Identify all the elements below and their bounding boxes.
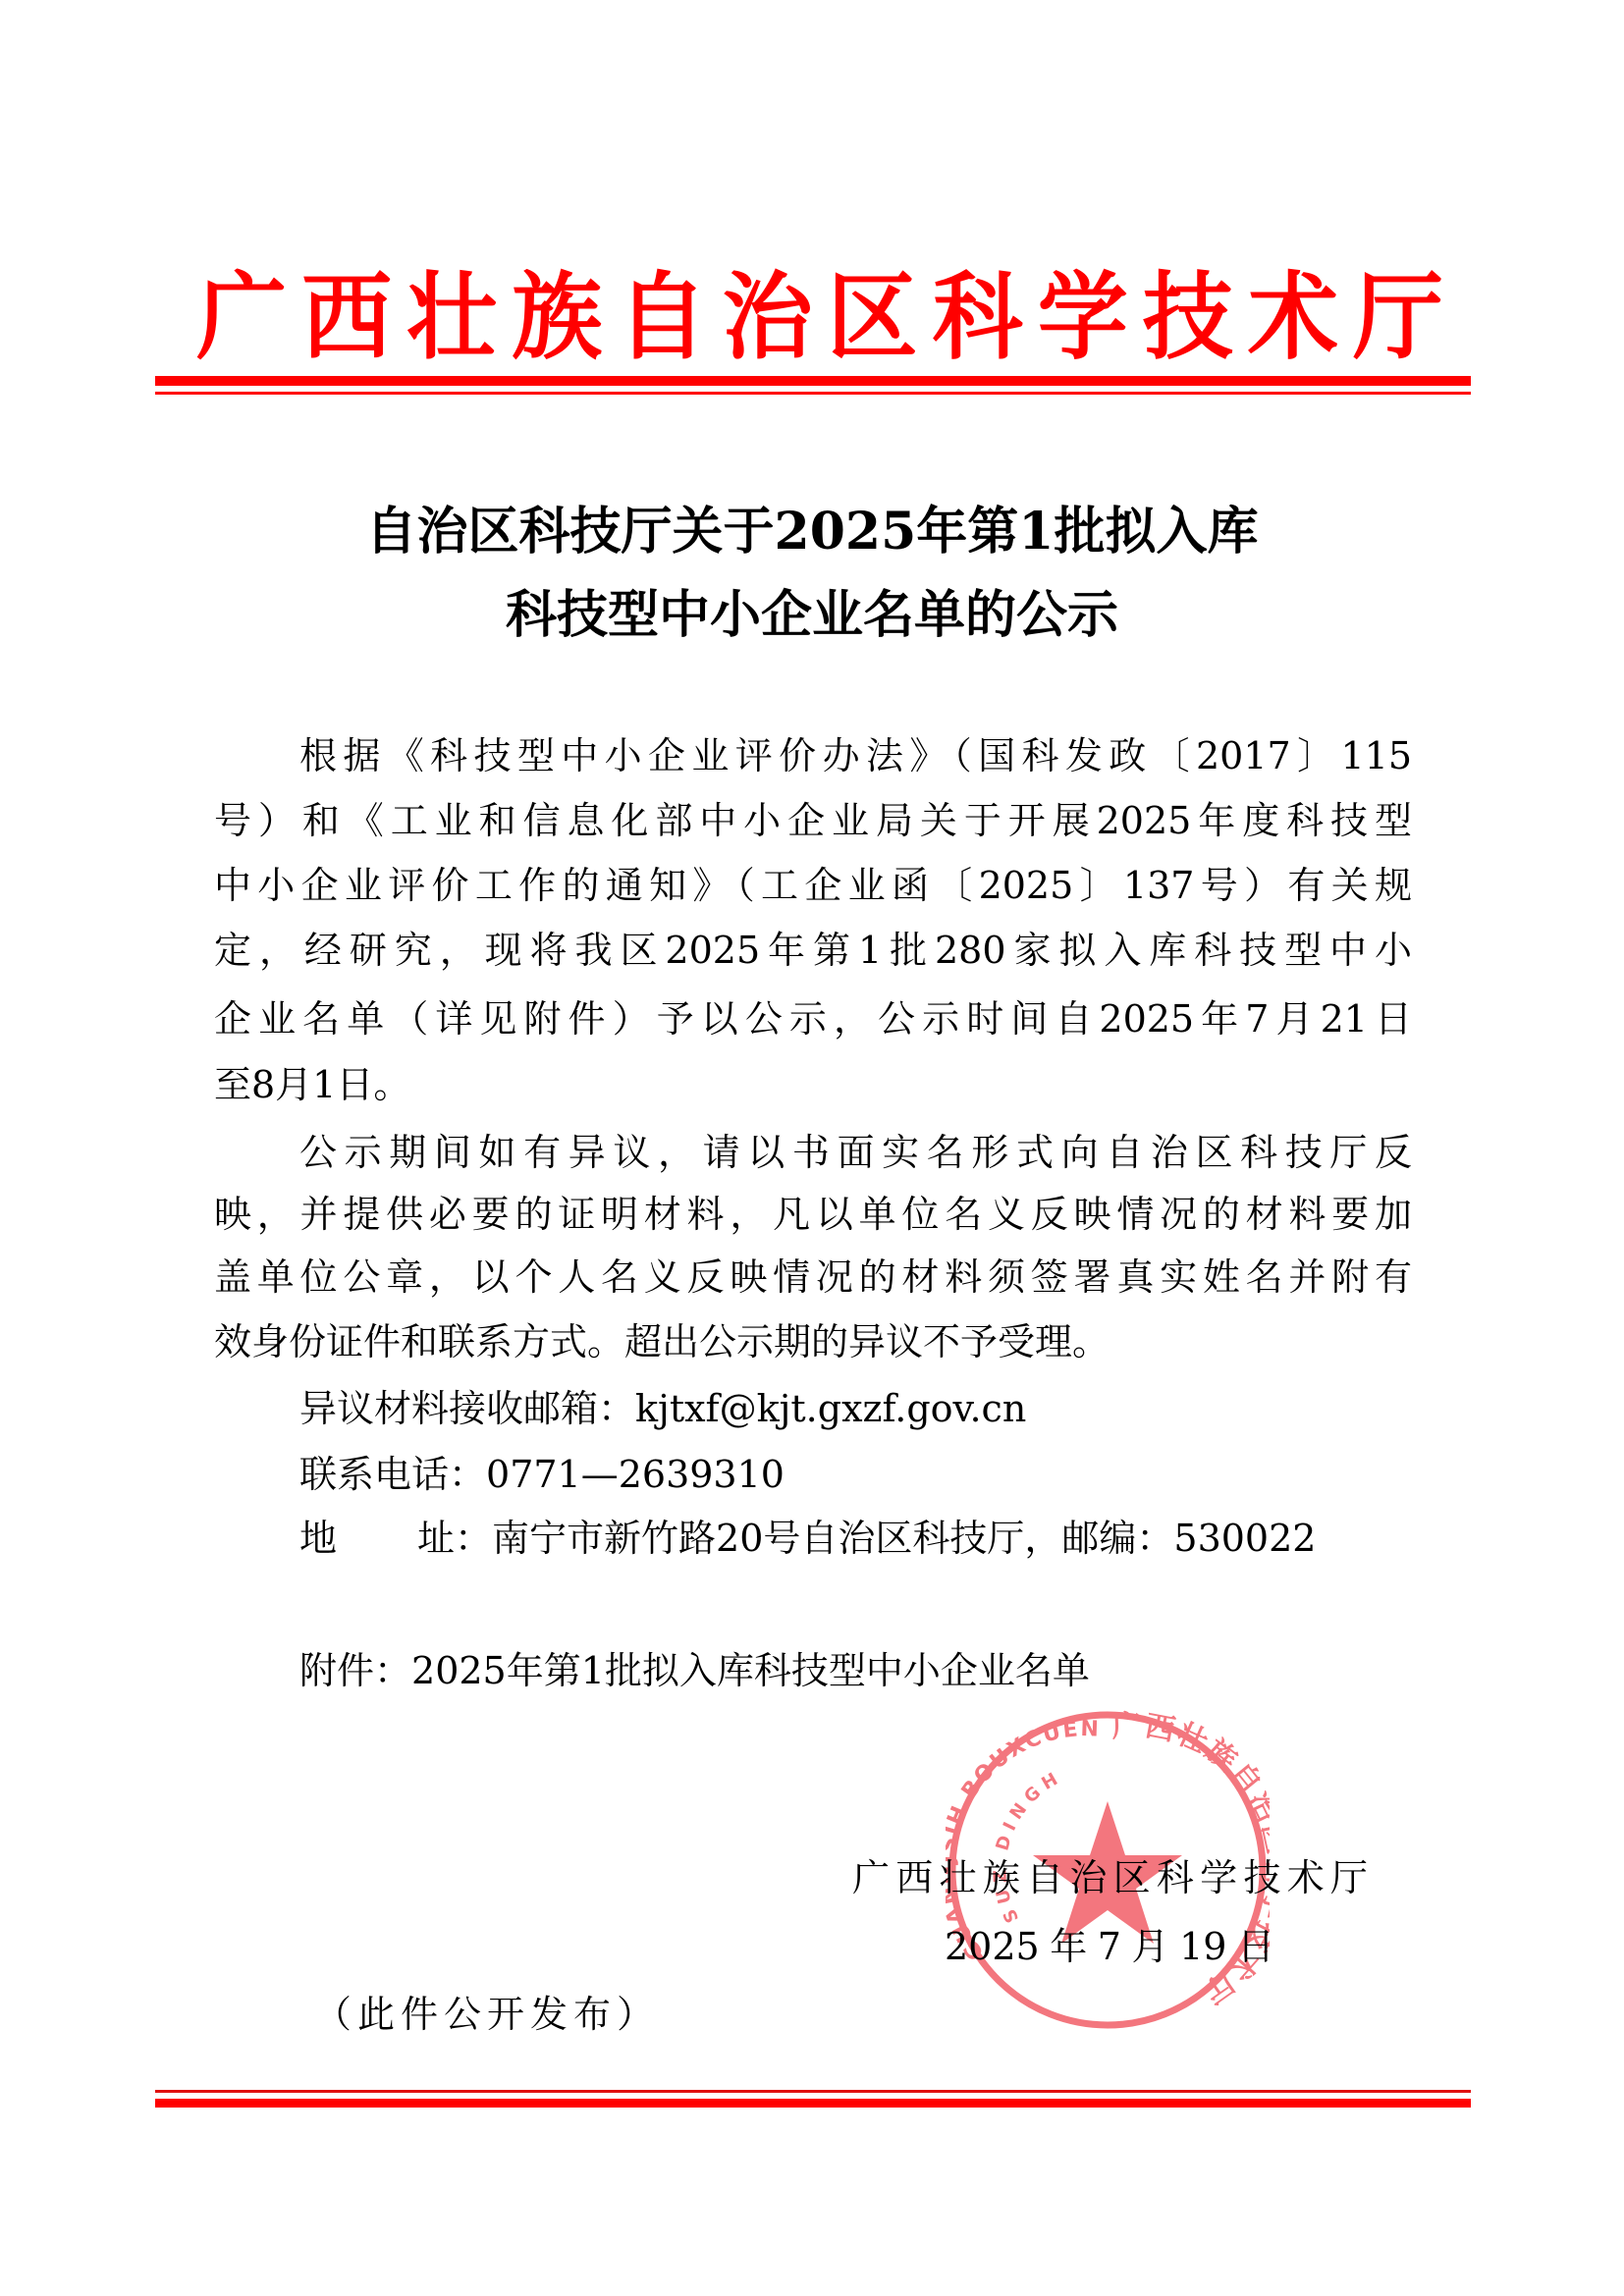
contact-email-line: 异议材料接收邮箱：kjtxf@kjt.gxzf.gov.cn [299, 1384, 1026, 1433]
phone-label: 联系电话： [299, 1453, 486, 1496]
email-link[interactable]: kjtxf@kjt.gxzf.gov.cn [635, 1387, 1026, 1430]
paragraph-1-line: 中小企业评价工作的通知》（工企业函〔2025〕137号）有关规 [214, 861, 1412, 910]
paragraph-2-line: 盖单位公章，以个人名义反映情况的材料须签署真实姓名并附有 [214, 1253, 1412, 1302]
footer-rule-thin [155, 2090, 1471, 2093]
public-release-note: （此件公开发布） [314, 1990, 660, 2039]
paragraph-1-line: 至8月1日。 [214, 1060, 1412, 1109]
paragraph-1-line: 企业名单（详见附件）予以公示，公示时间自2025年7月21日 [214, 994, 1412, 1043]
attachment-label: 附件： [299, 1649, 411, 1692]
email-label: 异议材料接收邮箱： [299, 1387, 635, 1430]
paragraph-1-line: 定，经研究，现将我区2025年第1批280家拟入库科技型中小 [214, 926, 1412, 975]
paragraph-1-line: 号）和《工业和信息化部中小企业局关于开展2025年度科技型 [214, 796, 1412, 845]
paragraph-2-line: 效身份证件和联系方式。超出公示期的异议不予受理。 [214, 1317, 1412, 1366]
address-value: 南宁市新竹路20号自治区科技厅，邮编：530022 [492, 1517, 1316, 1560]
letterhead-org-name: 广西壮族自治区科学技术厅 [196, 260, 1443, 374]
signature-org: 广西壮族自治区科学技术厅 [852, 1853, 1368, 1902]
document-title-line-1: 自治区科技厅关于2025年第1批拟入库 [0, 501, 1624, 563]
footer-rule-thick [155, 2099, 1471, 2108]
phone-number: 0771—2639310 [486, 1453, 785, 1496]
paragraph-1-line: 根据《科技型中小企业评价办法》（国科发政〔2017〕115 [299, 731, 1412, 780]
contact-address-line: 地址：南宁市新竹路20号自治区科技厅，邮编：530022 [299, 1514, 1316, 1563]
attachment-line: 附件：2025年第1批拟入库科技型中小企业名单 [299, 1646, 1090, 1695]
letterhead-rule-thin [155, 392, 1471, 395]
address-label-2: 址： [417, 1517, 492, 1560]
signature-date: 2025年7月19日 [945, 1922, 1274, 1971]
attachment-link[interactable]: 2025年第1批拟入库科技型中小企业名单 [411, 1649, 1090, 1692]
document-title-line-2: 科技型中小企业名单的公示 [0, 584, 1624, 647]
paragraph-2-line: 映，并提供必要的证明材料，凡以单位名义反映情况的材料要加 [214, 1190, 1412, 1239]
letterhead-rule-thick [155, 376, 1471, 386]
contact-phone-line: 联系电话：0771—2639310 [299, 1450, 785, 1499]
paragraph-2-line: 公示期间如有异议，请以书面实名形式向自治区科技厅反 [299, 1128, 1412, 1177]
address-label-1: 地 [299, 1517, 337, 1560]
